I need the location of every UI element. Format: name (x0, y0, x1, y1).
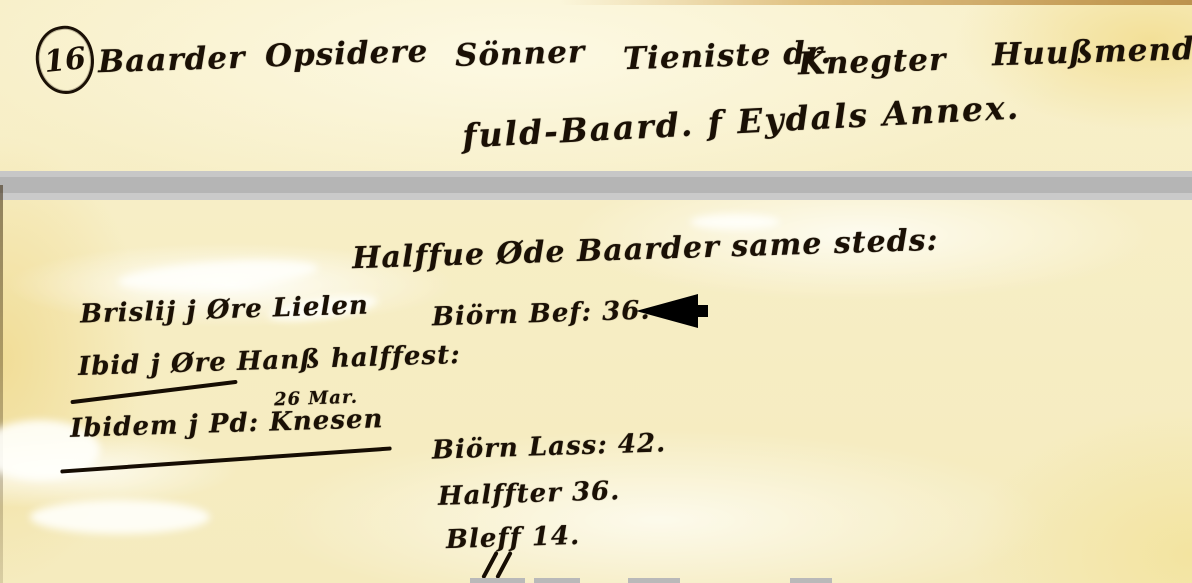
folio-number: 16 (42, 40, 87, 79)
paper-blotch (117, 255, 318, 295)
total-line: Halffter 36. (438, 476, 621, 512)
scan-divider-band (0, 171, 1192, 200)
scan-top-edge (560, 0, 1192, 5)
scan-left-edge-shadow (0, 185, 3, 583)
entry-name: Brislij j Øre Lielen (80, 290, 370, 329)
left-arrow-marker (636, 294, 708, 328)
pen-stroke-underline (70, 380, 237, 404)
header-column-opsidere: Opsidere (264, 33, 428, 74)
section-heading: Halffue Øde Baarder same steds: (352, 223, 940, 276)
entry-superscript-note: 26 Mar. (274, 387, 359, 411)
pen-stroke-underline (60, 446, 391, 473)
folio-number-badge: 16 (30, 21, 101, 100)
entry-name: Ibidem j Pd: Knesen (70, 404, 384, 444)
bottom-scan-stub (470, 578, 525, 583)
header-column-baarder: Baarder (97, 40, 246, 81)
header-column-huusmend: Huußmend. (991, 31, 1192, 74)
header-column-knegter: Knegter (797, 42, 946, 83)
entry-value: Biörn Bef: 36. (432, 296, 651, 333)
entry-name: Ibid j Øre Hanß halffest: (78, 340, 462, 382)
header-column-sonner: Sönner (454, 34, 585, 74)
bottom-scan-stub (790, 578, 832, 583)
total-line: Biörn Lass: 42. (432, 428, 667, 465)
pen-stroke-descender (495, 551, 513, 579)
manuscript-page: 16 Baarder Opsidere Sönner Tieniste dr. … (0, 0, 1192, 583)
total-line: Bleff 14. (446, 521, 581, 555)
bottom-scan-stub (628, 578, 680, 583)
paper-blotch (30, 500, 210, 534)
header-subtitle: fuld-Baard. f Eydals Annex. (461, 87, 1021, 155)
bottom-scan-stub (534, 578, 580, 583)
